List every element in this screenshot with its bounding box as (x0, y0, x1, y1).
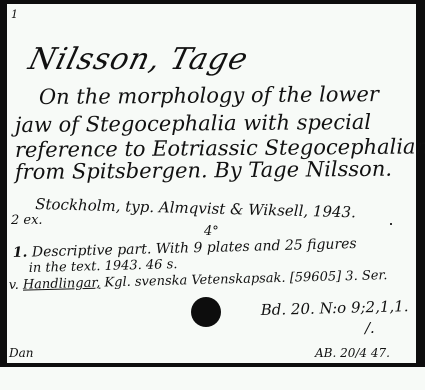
imprint: Stockholm, typ. Almqvist & Wiksell, 1943… (35, 195, 356, 221)
cataloger-initials: Dan (9, 346, 34, 360)
series-name: Handlingar, (23, 276, 101, 293)
punch-hole (191, 297, 221, 327)
scan-border-right (416, 0, 425, 365)
date-stamp-initials: AB. 20/4 47. (315, 346, 390, 360)
catalog-card: 1 Nilsson, Tage On the morphology of the… (7, 4, 416, 363)
speck (390, 223, 392, 225)
copies-count: 2 ex. (11, 213, 43, 228)
volume-mark: /. (365, 319, 375, 337)
scan-border-bottom (0, 363, 425, 367)
card-number: 1 (11, 8, 18, 21)
part-number: 1. (13, 245, 28, 261)
scan-border-left (0, 0, 7, 365)
scanned-catalog-card: 1 Nilsson, Tage On the morphology of the… (0, 0, 425, 390)
author-heading: Nilsson, Tage (25, 42, 252, 77)
series-prefix: v. (9, 278, 19, 293)
part-description: Descriptive part. With 9 plates and 25 f… (32, 236, 357, 260)
volume-number: Bd. 20. N:o 9;2,1,1. (261, 297, 409, 319)
title-line-4: from Spitsbergen. By Tage Nilsson. (15, 157, 392, 184)
title-line-2: jaw of Stegocephalia with special (15, 110, 371, 137)
part-entry-line-1: 1. Descriptive part. With 9 plates and 2… (13, 236, 357, 261)
format-size: 4° (204, 224, 219, 239)
title-line-1: On the morphology of the lower (39, 82, 379, 109)
